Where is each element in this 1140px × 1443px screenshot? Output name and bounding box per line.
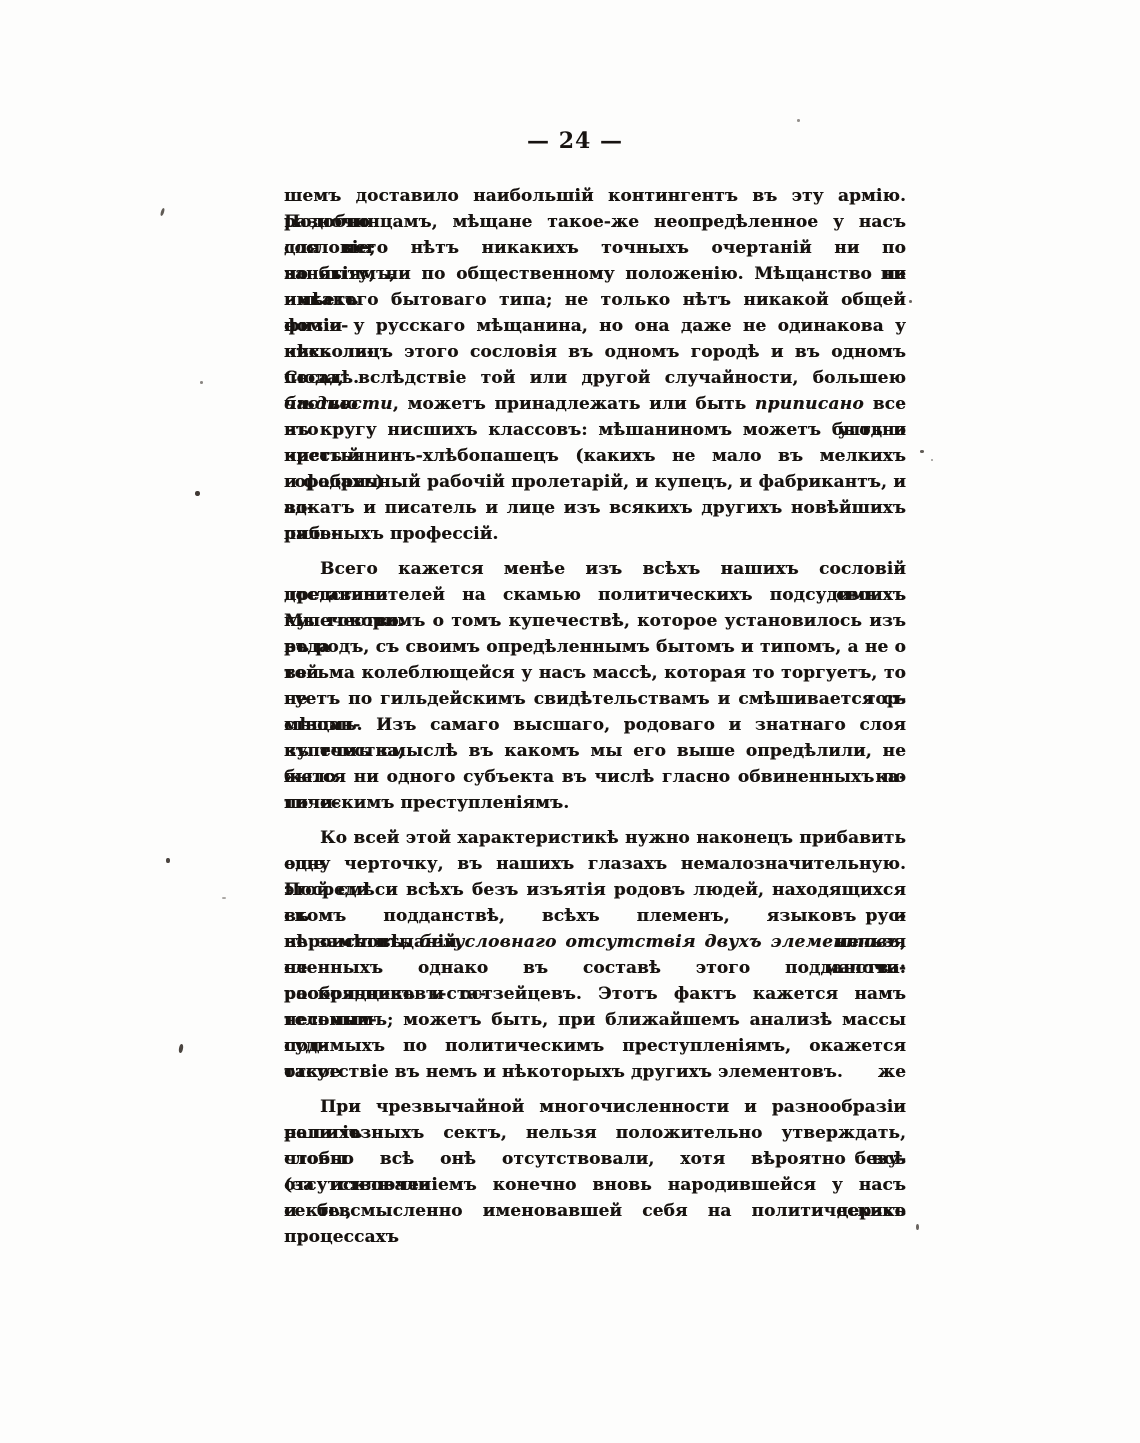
text-line: Мы говоримъ о томъ купечествѣ, которое у… <box>284 608 906 634</box>
text-line: этой смѣси всѣхъ безъ изъятія родовъ люд… <box>284 877 906 903</box>
text-line: представителей на скамью политическихъ п… <box>284 582 906 608</box>
text-line: въ родъ, съ своимъ опредѣленнымъ бытомъ … <box>284 634 906 660</box>
text-line: Сюда, вслѣдствіе той или другой случайно… <box>284 365 906 391</box>
text-line: Всего кажется менѣе изъ всѣхъ нашихъ сос… <box>284 556 906 582</box>
text-line: для него нѣтъ никакихъ точныхъ очертаній… <box>284 235 906 261</box>
text-line: жется ни одного субъекта въ числѣ гласно… <box>284 764 906 790</box>
text-line: тическимъ преступленіямъ. <box>284 790 906 816</box>
emphasized-text: приписано <box>755 394 864 414</box>
text-line: Ко всей этой характеристикѣ нужно наконе… <box>284 825 906 851</box>
text-line: и безсмысленно именовавшей себя на полит… <box>284 1198 906 1224</box>
text-line: никакого бытоваго типа; не только нѣтъ н… <box>284 287 906 313</box>
emphasized-text: бѣдности <box>284 394 393 414</box>
scan-speck <box>195 491 200 496</box>
text-line: судимыхъ по политическимъ преступленіямъ… <box>284 1033 906 1059</box>
text-line: по быту, ни по общественному положенію. … <box>284 261 906 287</box>
emphasized-text: безусловнаго отсутствія двухъ элементовъ <box>419 932 900 952</box>
paragraph: При чрезвычайной многочисленности и разн… <box>284 1094 906 1224</box>
paragraph: Ко всей этой характеристикѣ нужно наконе… <box>284 825 906 1085</box>
scan-speck <box>178 1044 184 1054</box>
text-line: шемъ доставило наибольшій контингентъ въ… <box>284 183 906 209</box>
scan-speck <box>200 381 203 384</box>
text-line: религіозныхъ сектъ, нельзя положительно … <box>284 1120 906 1146</box>
text-line: въ кругу нисшихъ классовъ: мѣшаниномъ мо… <box>284 417 906 443</box>
text-line: въ томъ смыслѣ въ какомъ мы его выше опр… <box>284 738 906 764</box>
paragraph: шемъ доставило наибольшій контингентъ въ… <box>284 183 906 547</box>
text-line: не замѣтить безусловнаго отсутствія двух… <box>284 929 906 955</box>
scan-speck <box>222 897 226 899</box>
scan-speck <box>920 450 924 453</box>
text-line: вокатъ и писатель и лице изъ всякихъ дру… <box>284 495 906 521</box>
text-line: весьма колеблющейся у насъ массѣ, котора… <box>284 660 906 686</box>
scan-speck <box>797 119 800 122</box>
page-number: — 24 — <box>285 128 865 154</box>
text-line: одну черточку, въ нашихъ глазахъ немалоз… <box>284 851 906 877</box>
text-line: скомъ подданствѣ, всѣхъ племенъ, языковъ… <box>284 903 906 929</box>
text-line: отсутствіе въ немъ и нѣкоторыхъ другихъ … <box>284 1059 906 1085</box>
text-line: При чрезвычайной многочисленности и разн… <box>284 1094 906 1120</box>
text-line: тельнымъ; можетъ быть, при ближайшемъ ан… <box>284 1007 906 1033</box>
text-line: гуетъ по гильдейскимъ свидѣтельствамъ и … <box>284 686 906 712</box>
text-line: кихь лицъ этого сословія въ одномъ город… <box>284 339 906 365</box>
text-line: крестьянинъ-хлѣбопашецъ (какихъ не мало … <box>284 443 906 469</box>
text-line: разночинцамъ, мѣщане такое-же неопредѣле… <box>284 209 906 235</box>
text-line: ральныхъ профессій. <box>284 521 906 547</box>
text-line: сленныхъ однако въ составѣ этого подданс… <box>284 955 906 981</box>
text-line: бѣдности, можетъ принадлежать или быть п… <box>284 391 906 417</box>
scan-speck <box>160 208 165 217</box>
scan-speck <box>166 858 170 863</box>
scan-speck <box>916 1224 919 1230</box>
scan-speck <box>909 300 912 303</box>
text-block: шемъ доставило наибольшій контингентъ въ… <box>284 183 906 1224</box>
text-line: словно всѣ онѣ отсутствовали, хотя вѣроя… <box>284 1146 906 1172</box>
text-line: и фабричный рабочій пролетарій, и купецъ… <box>284 469 906 495</box>
text-line: рообрядцевъ и остзейцевъ. Этотъ фактъ ка… <box>284 981 906 1007</box>
scanned-book-page: — 24 — шемъ доставило наибольшій континг… <box>0 0 1140 1443</box>
text-line: номіи у русскаго мѣщанина, но она даже н… <box>284 313 906 339</box>
scan-speck <box>931 459 933 461</box>
text-line: ствомъ. Изъ самаго высшаго, родоваго и з… <box>284 712 906 738</box>
text-line: (за исключеніемъ конечно вновь народивше… <box>284 1172 906 1198</box>
paragraph: Всего кажется менѣе изъ всѣхъ нашихъ сос… <box>284 556 906 816</box>
